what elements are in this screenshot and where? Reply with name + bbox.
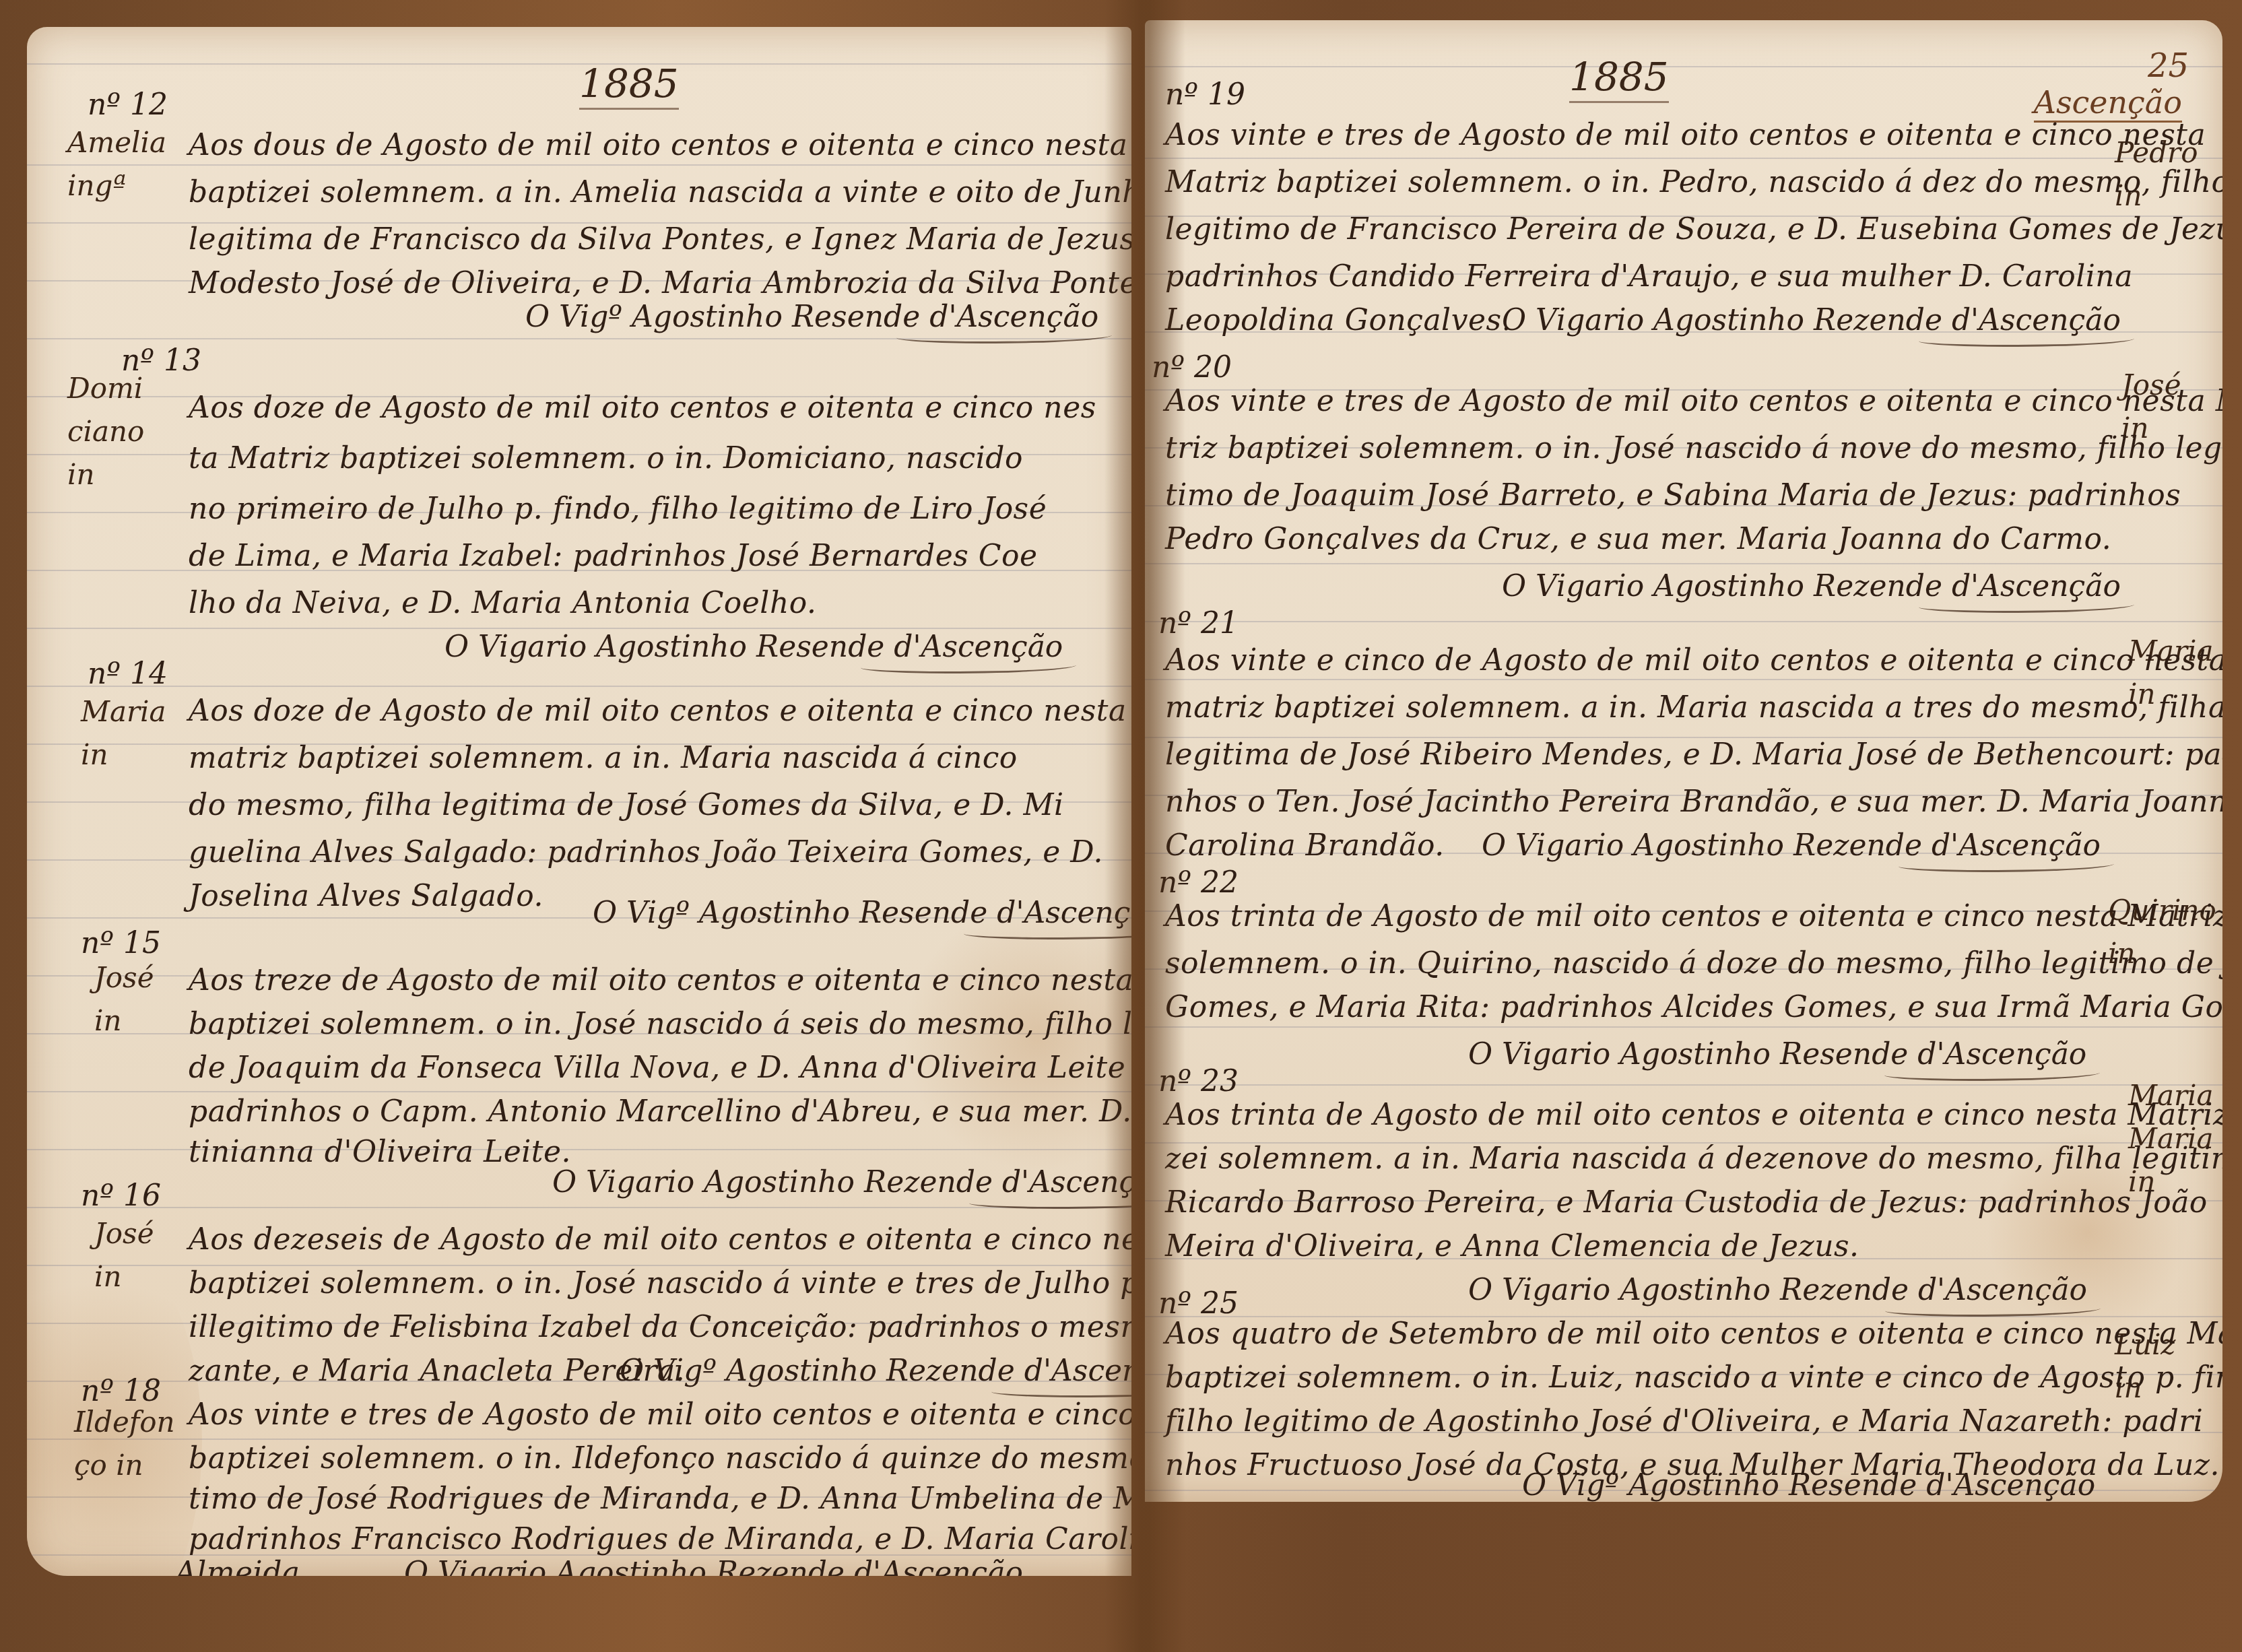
entry-line: Meira d'Oliveira, e Anna Clemencia de Je… xyxy=(1165,1229,1859,1263)
entry-number: nº 15 xyxy=(81,926,161,960)
entry-line: Aos trinta de Agosto de mil oito centos … xyxy=(1165,899,2222,933)
entry-number: nº 14 xyxy=(88,657,168,691)
entry-line: Aos dezeseis de Agosto de mil oito cento… xyxy=(189,1222,1131,1257)
entry-line: legitima de Francisco da Silva Pontes, e… xyxy=(189,222,1131,257)
entry-line: baptizei solemnem. a in. Amelia nascida … xyxy=(189,175,1131,209)
entry-line: baptizei solemnem. o in. Luiz, nascido a… xyxy=(1165,1360,2222,1395)
page-year: 1885 xyxy=(579,61,679,110)
entry-line: padrinhos Candido Ferreira d'Araujo, e s… xyxy=(1165,259,2133,294)
entry-line: Aos quatro de Setembro de mil oito cento… xyxy=(1165,1317,2222,1351)
entry-number: nº 22 xyxy=(1158,865,1239,900)
entry-line: baptizei solemnem. o in. José nascido á … xyxy=(189,1266,1131,1300)
margin-name: Maria Maria in xyxy=(2128,1074,2216,1203)
header-note: Ascenção xyxy=(2034,84,2182,123)
page-year: 1885 xyxy=(1569,54,1669,103)
vicar-signature: O Vigario Agostinho Rezende d'Ascenção xyxy=(404,1556,1023,1576)
entry-line: Ricardo Barroso Pereira, e Maria Custodi… xyxy=(1165,1185,2208,1220)
entry-line: baptizei solemnem. o in. José nascido á … xyxy=(189,1007,1131,1041)
entry-line: nhos o Ten. José Jacintho Pereira Brandã… xyxy=(1165,785,2222,819)
entry-line: Aos doze de Agosto de mil oito centos e … xyxy=(189,694,1127,728)
margin-name: Domi ciano in xyxy=(67,367,155,496)
entry-line: Leopoldina Gonçalves. xyxy=(1165,303,1511,337)
entry-line: Aos treze de Agosto de mil oito centos e… xyxy=(189,963,1131,997)
entry-line: timo de Joaquim José Barreto, e Sabina M… xyxy=(1165,478,2181,513)
entry-number: nº 25 xyxy=(1158,1286,1239,1321)
margin-name: Ildefon ço in xyxy=(74,1401,162,1487)
entry-line: no primeiro de Julho p. findo, filho leg… xyxy=(189,492,1047,526)
entry-line: Matriz baptizei solemnem. o in. Pedro, n… xyxy=(1165,165,2222,199)
vicar-signature: O Vigº Agostinho Rezende d'Ascenção xyxy=(620,1354,1131,1388)
entry-line: Carolina Brandão. xyxy=(1165,828,1445,863)
entry-line: solemnem. o in. Quirino, nascido á doze … xyxy=(1165,946,2222,981)
entry-line: timo de José Rodrigues de Miranda, e D. … xyxy=(189,1482,1131,1516)
entry-line: lho da Neiva, e D. Maria Antonia Coelho. xyxy=(189,586,816,620)
folio-number: 25 xyxy=(2148,47,2189,85)
vicar-signature: O Vigario Agostinho Rezende d'Ascenção xyxy=(1482,828,2101,863)
entry-number: nº 19 xyxy=(1165,77,1245,112)
entry-line: Aos doze de Agosto de mil oito centos e … xyxy=(189,391,1096,425)
entry-line: Aos dous de Agosto de mil oito centos e … xyxy=(189,128,1131,162)
vicar-signature: O Vigº Agostinho Resende d'Ascenção xyxy=(525,300,1098,334)
entry-line: de Joaquim da Fonseca Villa Nova, e D. A… xyxy=(189,1051,1131,1085)
vicar-signature: O Vigario Agostinho Rezende d'Ascenção xyxy=(1468,1273,2087,1307)
entry-line: matriz baptizei solemnem. a in. Maria na… xyxy=(1165,690,2222,725)
entry-number: nº 20 xyxy=(1152,350,1232,385)
entry-line: illegitimo de Felisbina Izabel da Concei… xyxy=(189,1310,1131,1344)
margin-name: Amelia ingª xyxy=(67,121,155,207)
right-page: 1885 25 Ascenção nº 19 Pedro in Aos vint… xyxy=(1145,20,2222,1502)
margin-name: José in xyxy=(94,1212,182,1298)
vicar-signature: O Vigº Agostinho Resende d'Ascenção xyxy=(1522,1468,2095,1502)
entry-line: Pedro Gonçalves da Cruz, e sua mer. Mari… xyxy=(1165,522,2111,556)
entry-line: Joselina Alves Salgado. xyxy=(189,879,543,913)
entry-line: filho legitimo de Agostinho José d'Olive… xyxy=(1165,1404,2203,1439)
vicar-signature: O Vigº Agostinho Resende d'Ascenção xyxy=(593,896,1131,930)
entry-line: legitimo de Francisco Pereira de Souza, … xyxy=(1165,212,2222,246)
entry-line: padrinhos Francisco Rodrigues de Miranda… xyxy=(189,1522,1131,1556)
entry-number: nº 12 xyxy=(88,88,168,122)
left-page: 1885 nº 12 Amelia ingª Aos dous de Agost… xyxy=(27,27,1131,1576)
entry-number: nº 23 xyxy=(1158,1064,1239,1098)
entry-line: Gomes, e Maria Rita: padrinhos Alcides G… xyxy=(1165,990,2222,1024)
entry-line: Aos trinta de Agosto de mil oito centos … xyxy=(1165,1098,2222,1132)
entry-line: padrinhos o Capm. Antonio Marcellino d'A… xyxy=(189,1094,1131,1129)
entry-line: Aos vinte e tres de Agosto de mil oito c… xyxy=(1165,384,2222,418)
entry-number: nº 16 xyxy=(81,1179,161,1213)
entry-line: triz baptizei solemnem. o in. José nasci… xyxy=(1165,431,2222,465)
vicar-signature: O Vigario Agostinho Rezende d'Ascenção xyxy=(1502,569,2121,603)
entry-line: Almeida. xyxy=(175,1556,310,1576)
entry-line: matriz baptizei solemnem. a in. Maria na… xyxy=(189,741,1018,775)
vicar-signature: O Vigario Agostinho Resende d'Ascenção xyxy=(444,630,1063,664)
entry-line: baptizei solemnem. o in. Ildefonço nasci… xyxy=(189,1441,1131,1476)
entry-line: Modesto José de Oliveira, e D. Maria Amb… xyxy=(189,266,1131,300)
margin-name: Maria in xyxy=(81,690,168,777)
entry-line: Aos vinte e cinco de Agosto de mil oito … xyxy=(1165,643,2222,678)
entry-line: zei solemnem. a in. Maria nascida á deze… xyxy=(1165,1142,2222,1176)
vicar-signature: O Vigario Agostinho Rezende d'Ascenção xyxy=(552,1165,1131,1199)
entry-line: de Lima, e Maria Izabel: padrinhos José … xyxy=(189,539,1038,573)
entry-line: Aos vinte e tres de Agosto de mil oito c… xyxy=(1165,118,2206,152)
entry-line: ta Matriz baptizei solemnem. o in. Domic… xyxy=(189,441,1023,475)
entry-line: tinianna d'Oliveira Leite. xyxy=(189,1135,571,1169)
vicar-signature: O Vigario Agostinho Rezende d'Ascenção xyxy=(1502,303,2121,337)
entry-number: nº 21 xyxy=(1158,606,1239,640)
entry-line: legitima de José Ribeiro Mendes, e D. Ma… xyxy=(1165,737,2222,772)
entry-line: Aos vinte e tres de Agosto de mil oito c… xyxy=(189,1397,1131,1432)
margin-name: José in xyxy=(94,956,182,1043)
vicar-signature: O Vigario Agostinho Resende d'Ascenção xyxy=(1468,1037,2086,1071)
entry-line: zante, e Maria Anacleta Pereira. xyxy=(189,1354,685,1388)
entry-line: do mesmo, filha legitima de José Gomes d… xyxy=(189,788,1064,822)
entry-line: guelina Alves Salgado: padrinhos João Te… xyxy=(189,835,1103,869)
